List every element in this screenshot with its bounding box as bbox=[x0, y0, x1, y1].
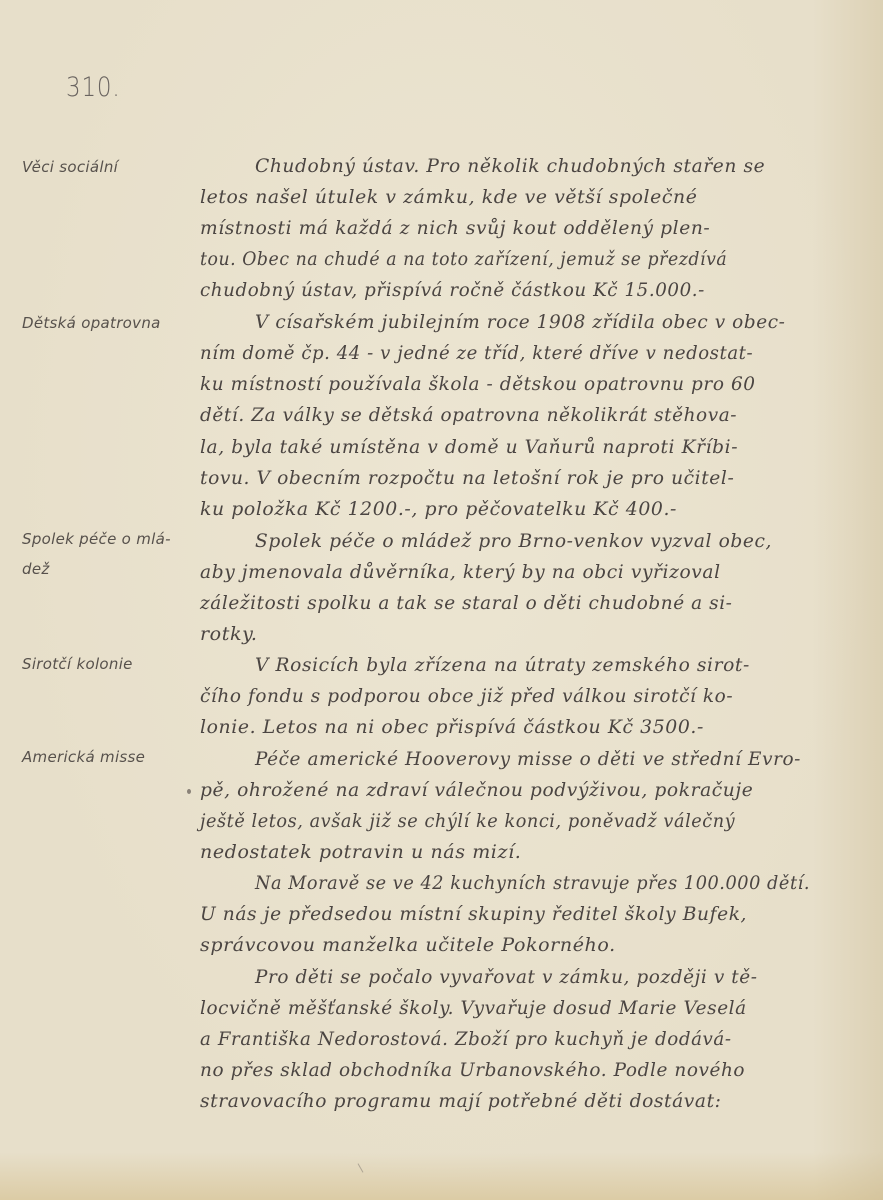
text-line: čího fondu s podporou obce již před válk… bbox=[200, 685, 733, 707]
text-line: letos našel útulek v zámku, kde ve větší… bbox=[200, 186, 697, 208]
text-line: ku místností používala škola - dětskou o… bbox=[200, 373, 756, 395]
text-line: nedostatek potravin u nás mizí. bbox=[200, 841, 521, 863]
text-line: la, byla také umístěna v domě u Vaňurů n… bbox=[200, 436, 738, 458]
archive-page: 310. Věci sociální Dětská opatrovna Spol… bbox=[0, 0, 883, 1200]
margin-note-spolek-pece-1: Spolek péče o mlá- bbox=[22, 530, 171, 548]
paper-speck bbox=[187, 789, 191, 794]
text-line: Pro děti se počalo vyvařovat v zámku, po… bbox=[255, 966, 758, 988]
margin-note-veci-socialni: Věci sociální bbox=[22, 158, 118, 176]
text-line: záležitosti spolku a tak se staral o dět… bbox=[200, 592, 732, 614]
margin-note-spolek-pece-2: dež bbox=[22, 560, 50, 578]
text-line: aby jmenovala důvěrníka, který by na obc… bbox=[200, 561, 721, 583]
text-line: tovu. V obecním rozpočtu na letošní rok … bbox=[200, 467, 734, 489]
text-line: stravovacího programu mají potřebné děti… bbox=[200, 1090, 722, 1112]
text-line: V Rosicích byla zřízena na útraty zemské… bbox=[255, 654, 750, 676]
text-line: Chudobný ústav. Pro několik chudobných s… bbox=[255, 155, 765, 177]
text-line: rotky. bbox=[200, 623, 258, 645]
margin-note-sirotci-kolonie: Sirotčí kolonie bbox=[22, 655, 133, 673]
text-line: tou. Obec na chudé a na toto zařízení, j… bbox=[200, 248, 727, 270]
text-line: Spolek péče o mládež pro Brno-venkov vyz… bbox=[255, 530, 772, 552]
text-line: Na Moravě se ve 42 kuchyních stravuje př… bbox=[255, 872, 810, 894]
paper-mark bbox=[358, 1163, 364, 1172]
text-line: ním domě čp. 44 - v jedné ze tříd, které… bbox=[200, 342, 753, 364]
text-line: no přes sklad obchodníka Urbanovského. P… bbox=[200, 1059, 745, 1081]
text-line: správcovou manželka učitele Pokorného. bbox=[200, 934, 616, 956]
text-line: Péče americké Hooverovy misse o děti ve … bbox=[255, 748, 801, 770]
margin-note-americka-misse: Americká misse bbox=[22, 748, 145, 766]
text-line: místnosti má každá z nich svůj kout oddě… bbox=[200, 217, 710, 239]
text-line: U nás je předsedou místní skupiny ředite… bbox=[200, 903, 747, 925]
text-line: ještě letos, avšak již se chýlí ke konci… bbox=[200, 810, 735, 832]
text-line: dětí. Za války se dětská opatrovna někol… bbox=[200, 404, 737, 426]
text-line: chudobný ústav, přispívá ročně částkou K… bbox=[200, 279, 705, 301]
text-line: lonie. Letos na ni obec přispívá částkou… bbox=[200, 716, 704, 738]
text-line: a Františka Nedorostová. Zboží pro kuchy… bbox=[200, 1028, 732, 1050]
margin-note-detska-opatrovna: Dětská opatrovna bbox=[22, 314, 161, 332]
text-line: locvičně měšťanské školy. Vyvařuje dosud… bbox=[200, 997, 747, 1019]
page-number: 310. bbox=[66, 72, 121, 103]
text-line: ku položka Kč 1200.-, pro pěčovatelku Kč… bbox=[200, 498, 677, 520]
text-line: V císařském jubilejním roce 1908 zřídila… bbox=[255, 311, 785, 333]
text-line: pě, ohrožené na zdraví válečnou podvýživ… bbox=[200, 779, 753, 801]
